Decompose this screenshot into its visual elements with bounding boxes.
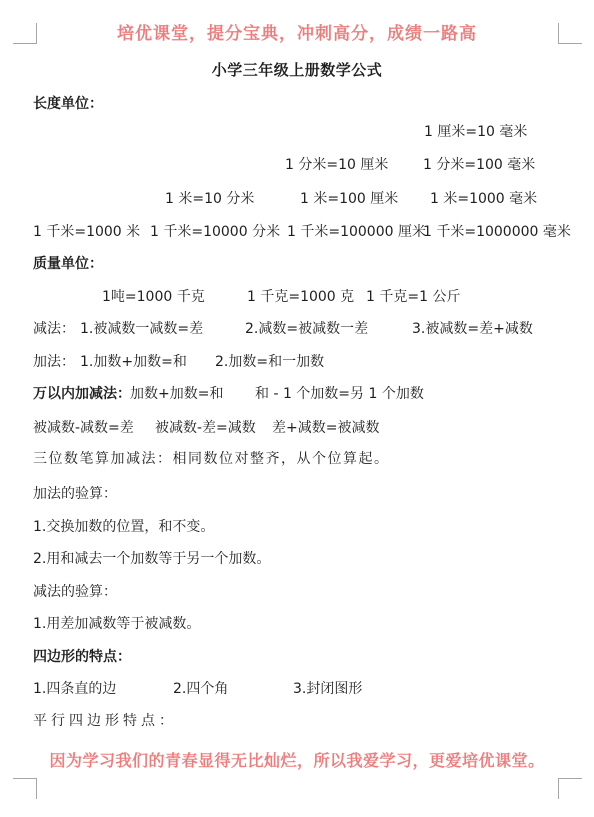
length-unit-cell: 1 分米=10 厘米 [285, 156, 388, 174]
quadrilateral-heading: 四边形的特点： [33, 648, 131, 666]
addition-label: 加法： [33, 353, 75, 371]
addition-check-item: 1.交换加数的位置，和不变。 [33, 518, 214, 536]
length-unit-cell: 1 千米=1000 米 [33, 223, 140, 241]
length-unit-cell: 1 分米=100 毫米 [423, 156, 535, 174]
mass-unit-cell: 1 千克=1000 克 [247, 288, 354, 306]
wanyi-addsub-formula: 加数+加数=和 [130, 385, 223, 403]
page-title: 小学三年级上册数学公式 [0, 61, 594, 79]
wanyi-addsub-heading: 万以内加减法： [33, 385, 131, 403]
addition-formula: 2.加数=和一加数 [215, 353, 324, 371]
quadrilateral-item: 3.封闭图形 [293, 680, 362, 698]
subtraction-formula: 1.被减数一减数=差 [80, 320, 203, 338]
wanyi-addsub-formula: 和 - 1 个加数=另 1 个加数 [255, 385, 424, 403]
parallelogram-heading: 平行四边形特点： [33, 712, 177, 730]
document-page: 培优课堂，提分宝典，冲刺高分，成绩一路高 小学三年级上册数学公式 长度单位： 1… [0, 0, 594, 817]
mass-unit-cell: 1 千克=1 公斤 [366, 288, 460, 306]
quadrilateral-item: 2.四个角 [173, 680, 228, 698]
length-units-heading: 长度单位： [33, 95, 103, 113]
three-digit-rule: 三位数笔算加减法：相同数位对整齐，从个位算起。 [33, 450, 390, 468]
length-unit-cell: 1 千米=100000 厘米 [287, 223, 426, 241]
subtraction-label: 减法： [33, 320, 75, 338]
subtraction-check-heading: 减法的验算： [33, 583, 117, 601]
addition-check-item: 2.用和减去一个加数等于另一个加数。 [33, 550, 270, 568]
footer-slogan: 因为学习我们的青春显得无比灿烂，所以我爱学习，更爱培优课堂。 [0, 752, 594, 770]
mass-units-heading: 质量单位： [33, 255, 103, 273]
minuend-formula: 差+减数=被减数 [272, 419, 379, 437]
mass-unit-cell: 1吨=1000 千克 [102, 288, 205, 306]
header-slogan: 培优课堂，提分宝典，冲刺高分，成绩一路高 [0, 25, 594, 43]
addition-formula: 1.加数+加数=和 [80, 353, 187, 371]
margin-mark-bottom-left-icon [13, 778, 37, 799]
minuend-formula: 被减数-减数=差 [33, 419, 134, 437]
subtraction-formula: 3.被减数=差+减数 [412, 320, 533, 338]
subtraction-check-item: 1.用差加减数等于被减数。 [33, 615, 200, 633]
length-unit-cell: 1 米=100 厘米 [300, 190, 398, 208]
margin-mark-bottom-right-icon [558, 778, 582, 799]
length-unit-cell: 1 厘米=10 毫米 [424, 123, 527, 141]
minuend-formula: 被减数-差=减数 [155, 419, 256, 437]
quadrilateral-item: 1.四条直的边 [33, 680, 116, 698]
addition-check-heading: 加法的验算： [33, 485, 117, 503]
length-unit-cell: 1 千米=1000000 毫米 [423, 223, 571, 241]
length-unit-cell: 1 千米=10000 分米 [150, 223, 280, 241]
length-unit-cell: 1 米=10 分米 [165, 190, 254, 208]
subtraction-formula: 2.减数=被减数一差 [245, 320, 368, 338]
length-unit-cell: 1 米=1000 毫米 [430, 190, 537, 208]
